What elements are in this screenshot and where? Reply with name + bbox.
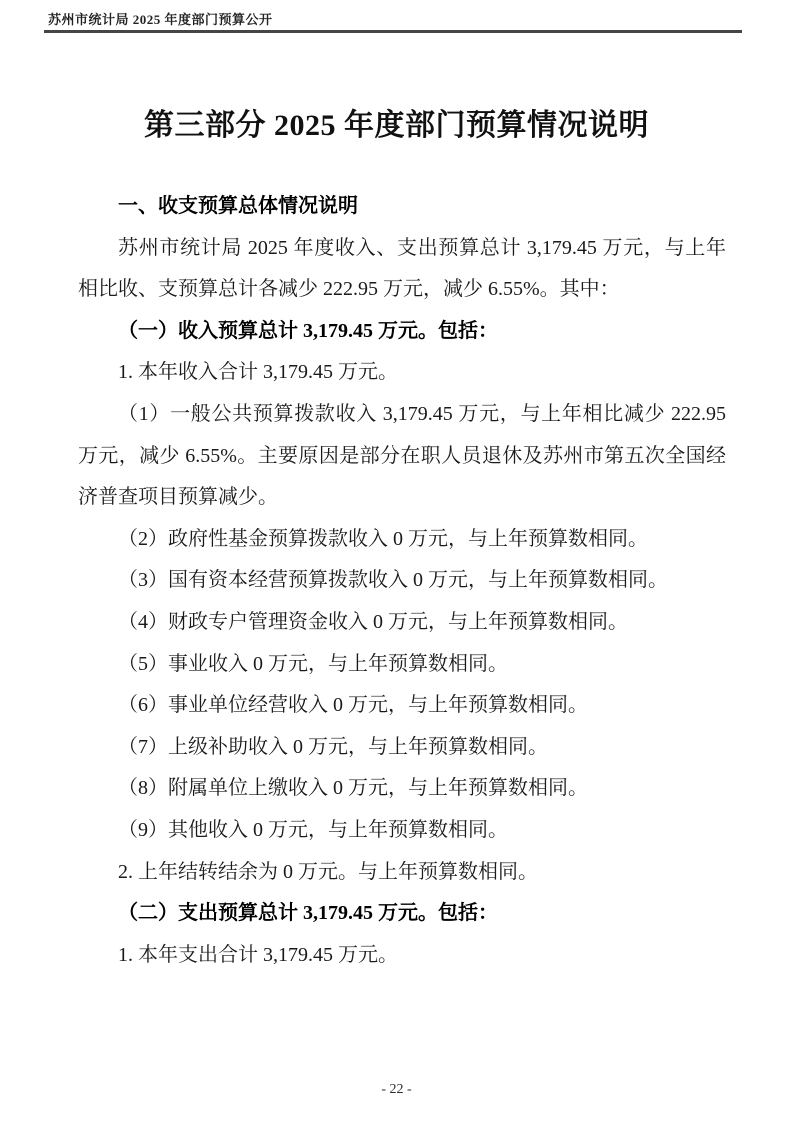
header-rule xyxy=(44,30,742,33)
document-body: 一、收支预算总体情况说明 苏州市统计局 2025 年度收入、支出预算总计 3,1… xyxy=(78,186,726,976)
paragraph-income-item-6: （6）事业单位经营收入 0 万元，与上年预算数相同。 xyxy=(78,685,726,727)
paragraph-income-item-1: （1）一般公共预算拨款收入 3,179.45 万元，与上年相比减少 222.95… xyxy=(78,394,726,519)
paragraph-income-item-7: （7）上级补助收入 0 万元，与上年预算数相同。 xyxy=(78,727,726,769)
paragraph-income-item-9: （9）其他收入 0 万元，与上年预算数相同。 xyxy=(78,810,726,852)
header-text: 苏州市统计局 2025 年度部门预算公开 xyxy=(44,9,742,28)
document-page: 苏州市统计局 2025 年度部门预算公开 第三部分 2025 年度部门预算情况说… xyxy=(0,0,793,1122)
paragraph-income-item-4: （4）财政专户管理资金收入 0 万元，与上年预算数相同。 xyxy=(78,602,726,644)
paragraph-carryover: 2. 上年结转结余为 0 万元。与上年预算数相同。 xyxy=(78,852,726,894)
paragraph-income-item-5: （5）事业收入 0 万元，与上年预算数相同。 xyxy=(78,644,726,686)
paragraph-expenditure-total: 1. 本年支出合计 3,179.45 万元。 xyxy=(78,935,726,977)
paragraph-income-item-2: （2）政府性基金预算拨款收入 0 万元，与上年预算数相同。 xyxy=(78,519,726,561)
paragraph-budget-summary: 苏州市统计局 2025 年度收入、支出预算总计 3,179.45 万元，与上年相… xyxy=(78,228,726,311)
document-title: 第三部分 2025 年度部门预算情况说明 xyxy=(0,100,793,144)
paragraph-income-item-3: （3）国有资本经营预算拨款收入 0 万元，与上年预算数相同。 xyxy=(78,560,726,602)
page-header: 苏州市统计局 2025 年度部门预算公开 xyxy=(44,9,742,33)
subsection-heading-expenditure: （二）支出预算总计 3,179.45 万元。包括： xyxy=(78,893,726,935)
paragraph-income-item-8: （8）附属单位上缴收入 0 万元，与上年预算数相同。 xyxy=(78,768,726,810)
section-heading-overview: 一、收支预算总体情况说明 xyxy=(78,186,726,228)
page-number: - 22 - xyxy=(0,1082,793,1098)
subsection-heading-income: （一）收入预算总计 3,179.45 万元。包括： xyxy=(78,311,726,353)
paragraph-income-total: 1. 本年收入合计 3,179.45 万元。 xyxy=(78,352,726,394)
